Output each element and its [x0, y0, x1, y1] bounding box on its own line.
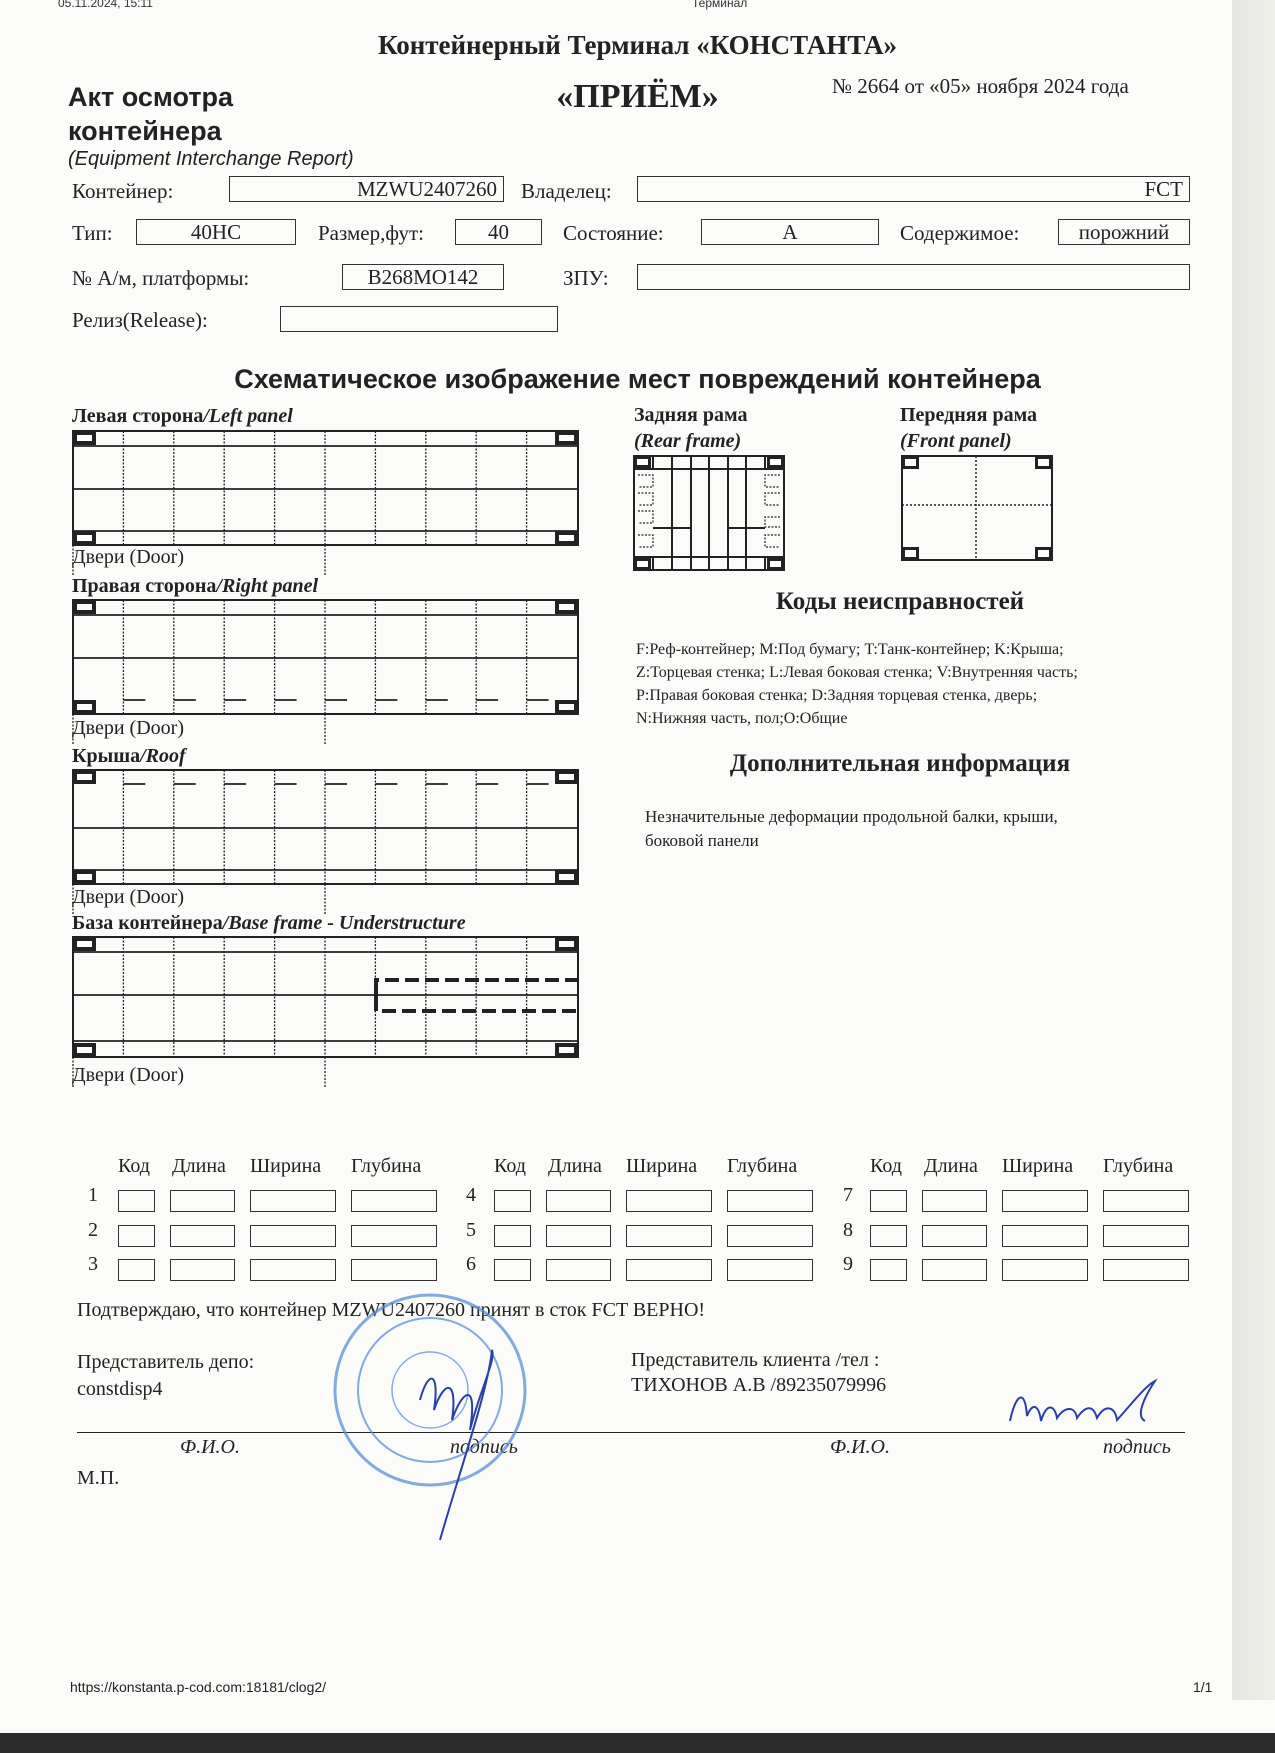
damage-depth-field[interactable]	[1103, 1259, 1189, 1281]
scan-edge	[1232, 0, 1275, 1700]
damage-length-field[interactable]	[170, 1225, 235, 1247]
damage-width-field[interactable]	[250, 1190, 336, 1212]
column-header: Код	[494, 1155, 526, 1178]
front-panel-label: Передняя рама (Front panel)	[900, 402, 1037, 454]
content-label: Содержимое:	[900, 221, 1019, 246]
damage-code-field[interactable]	[118, 1225, 155, 1247]
base-diagram[interactable]	[72, 935, 582, 1065]
roof-en: /Roof	[140, 745, 186, 767]
rear-frame-diagram[interactable]	[633, 455, 785, 571]
row-number: 1	[88, 1184, 98, 1207]
row-number: 9	[843, 1253, 853, 1276]
info-line: боковой панели	[645, 829, 1058, 853]
print-url: https://konstanta.p-cod.com:18181/clog2/	[70, 1679, 326, 1695]
damage-width-field[interactable]	[626, 1259, 712, 1281]
left-panel-ru: Левая сторона	[72, 405, 203, 427]
owner-field[interactable]: FCT	[637, 176, 1190, 202]
left-panel-label: Левая сторона/Left panel	[72, 405, 293, 428]
row-number: 3	[88, 1253, 98, 1276]
damage-depth-field[interactable]	[351, 1259, 437, 1281]
company-title: Контейнерный Терминал «КОНСТАНТА»	[0, 30, 1275, 61]
act-subtitle: (Equipment Interchange Report)	[68, 148, 354, 171]
codes-list: F:Реф-контейнер; M:Под бумагу; T:Танк-ко…	[636, 638, 1078, 730]
codes-line: N:Нижняя часть, пол;O:Общие	[636, 707, 1078, 730]
base-ru: База контейнера	[72, 912, 223, 934]
damage-length-field[interactable]	[922, 1190, 987, 1212]
codes-line: F:Реф-контейнер; M:Под бумагу; T:Танк-ко…	[636, 638, 1078, 661]
damage-code-field[interactable]	[494, 1259, 531, 1281]
container-label: Контейнер:	[72, 179, 173, 204]
column-header: Глубина	[727, 1155, 797, 1178]
release-label: Релиз(Release):	[72, 308, 208, 333]
left-panel-en: /Left panel	[203, 405, 292, 427]
damage-length-field[interactable]	[546, 1259, 611, 1281]
damage-width-field[interactable]	[250, 1225, 336, 1247]
damage-code-field[interactable]	[494, 1225, 531, 1247]
client-label: Представитель клиента /тел :	[631, 1349, 879, 1372]
column-header: Длина	[172, 1155, 226, 1178]
damage-code-field[interactable]	[870, 1259, 907, 1281]
state-label: Состояние:	[563, 221, 664, 246]
additional-info-text: Незначительные деформации продольной бал…	[645, 805, 1058, 853]
damage-depth-field[interactable]	[727, 1225, 813, 1247]
base-label: База контейнера/Base frame - Understruct…	[72, 912, 466, 935]
column-header: Код	[118, 1155, 150, 1178]
column-header: Глубина	[351, 1155, 421, 1178]
column-header: Код	[870, 1155, 902, 1178]
row-number: 7	[843, 1184, 853, 1207]
damage-width-field[interactable]	[1002, 1190, 1088, 1212]
vehicle-label: № А/м, платформы:	[72, 266, 249, 291]
door-label-left: Двери (Door)	[72, 546, 184, 569]
depot-signature	[400, 1330, 510, 1550]
doc-number: № 2664 от «05» ноября 2024 года	[832, 74, 1129, 99]
client-signature-caption: подпись	[1103, 1436, 1171, 1459]
client-signature	[1005, 1376, 1165, 1436]
type-label: Тип:	[72, 221, 113, 246]
depot-label: Представитель депо:	[77, 1351, 254, 1374]
damage-length-field[interactable]	[922, 1225, 987, 1247]
damage-depth-field[interactable]	[1103, 1190, 1189, 1212]
damage-code-field[interactable]	[870, 1190, 907, 1212]
column-header: Ширина	[626, 1155, 697, 1178]
damage-depth-field[interactable]	[351, 1190, 437, 1212]
column-header: Длина	[548, 1155, 602, 1178]
base-en: /Base frame - Understructure	[223, 912, 466, 934]
column-header: Ширина	[250, 1155, 321, 1178]
codes-line: Z:Торцевая стенка; L:Левая боковая стенк…	[636, 661, 1078, 684]
print-title: Терминал	[692, 0, 747, 10]
page-number: 1/1	[1193, 1679, 1212, 1695]
left-panel-diagram[interactable]	[72, 429, 582, 549]
info-line: Незначительные деформации продольной бал…	[645, 805, 1058, 829]
right-panel-ru: Правая сторона	[72, 575, 216, 597]
damage-length-field[interactable]	[170, 1259, 235, 1281]
damage-depth-field[interactable]	[351, 1225, 437, 1247]
rear-frame-label: Задняя рама (Rear frame)	[634, 402, 747, 454]
column-header: Длина	[924, 1155, 978, 1178]
codes-line: P:Правая боковая стенка; D:Задняя торцев…	[636, 684, 1078, 707]
right-panel-label: Правая сторона/Right panel	[72, 575, 318, 598]
seal-label: ЗПУ:	[563, 266, 609, 291]
right-panel-diagram[interactable]	[72, 598, 582, 718]
print-datetime: 05.11.2024, 15:11	[58, 0, 153, 10]
damage-length-field[interactable]	[546, 1225, 611, 1247]
content-field[interactable]: порожний	[1058, 219, 1190, 245]
schematic-title: Схематическое изображение мест поврежден…	[0, 364, 1275, 395]
roof-label: Крыша/Roof	[72, 745, 186, 768]
damage-code-field[interactable]	[870, 1225, 907, 1247]
scan-border	[0, 1733, 1275, 1753]
damage-length-field[interactable]	[922, 1259, 987, 1281]
client-fio-caption: Ф.И.О.	[830, 1436, 890, 1459]
right-panel-en: /Right panel	[216, 575, 318, 597]
size-field[interactable]: 40	[455, 219, 542, 245]
row-number: 6	[466, 1253, 476, 1276]
damage-code-field[interactable]	[118, 1190, 155, 1212]
row-number: 4	[466, 1184, 476, 1207]
column-header: Глубина	[1103, 1155, 1173, 1178]
release-field[interactable]	[280, 306, 558, 332]
row-number: 8	[843, 1219, 853, 1242]
front-panel-en: (Front panel)	[900, 428, 1037, 454]
container-field[interactable]: MZWU2407260	[229, 176, 504, 202]
client-value: ТИХОНОВ А.В /89235079996	[631, 1374, 886, 1397]
type-field[interactable]: 40HC	[136, 219, 296, 245]
damage-width-field[interactable]	[626, 1190, 712, 1212]
damage-length-field[interactable]	[170, 1190, 235, 1212]
additional-info-title: Дополнительная информация	[620, 750, 1180, 778]
seal-field[interactable]	[637, 264, 1190, 290]
row-number: 5	[466, 1219, 476, 1242]
damage-code-field[interactable]	[118, 1259, 155, 1281]
damage-width-field[interactable]	[1002, 1259, 1088, 1281]
act-title-line2: контейнера	[68, 114, 233, 148]
row-number: 2	[88, 1219, 98, 1242]
size-label: Размер,фут:	[318, 221, 424, 246]
front-panel-ru: Передняя рама	[900, 402, 1037, 428]
damage-width-field[interactable]	[1002, 1225, 1088, 1247]
damage-width-field[interactable]	[626, 1225, 712, 1247]
rear-frame-ru: Задняя рама	[634, 402, 747, 428]
door-label-base: Двери (Door)	[72, 1064, 184, 1087]
damage-depth-field[interactable]	[727, 1190, 813, 1212]
roof-ru: Крыша	[72, 745, 140, 767]
vehicle-field[interactable]: B268MO142	[342, 264, 504, 290]
damage-depth-field[interactable]	[727, 1259, 813, 1281]
damage-code-field[interactable]	[494, 1190, 531, 1212]
depot-value: constdisp4	[77, 1378, 163, 1401]
damage-width-field[interactable]	[250, 1259, 336, 1281]
roof-diagram[interactable]	[72, 768, 582, 888]
door-label-right: Двери (Door)	[72, 717, 184, 740]
codes-title: Коды неисправностей	[620, 588, 1180, 616]
damage-length-field[interactable]	[546, 1190, 611, 1212]
depot-fio-caption: Ф.И.О.	[180, 1436, 240, 1459]
stamp-place-label: М.П.	[77, 1467, 119, 1490]
front-panel-diagram[interactable]	[901, 455, 1053, 561]
damage-depth-field[interactable]	[1103, 1225, 1189, 1247]
rear-frame-en: (Rear frame)	[634, 428, 747, 454]
owner-label: Владелец:	[521, 179, 612, 204]
door-label-roof: Двери (Door)	[72, 886, 184, 909]
state-field[interactable]: A	[701, 219, 879, 245]
column-header: Ширина	[1002, 1155, 1073, 1178]
